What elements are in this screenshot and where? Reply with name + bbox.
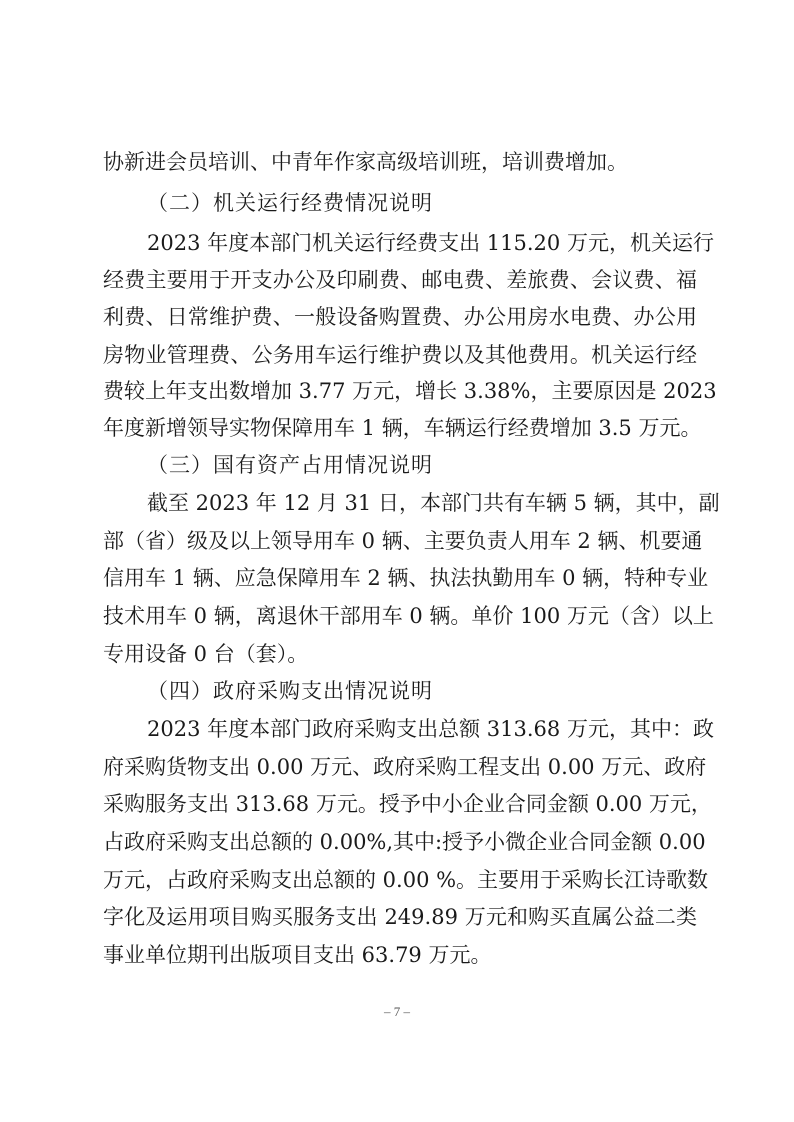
text-line: 信用车 1 辆、应急保障用车 2 辆、执法执勤用车 0 辆，特种专业: [103, 563, 697, 593]
document-page: 协新进会员培训、中青年作家高级培训班，培训费增加。 （二）机关运行经费情况说明 …: [0, 0, 794, 1122]
text-line: 年度新增领导实物保障用车 1 辆，车辆运行经费增加 3.5 万元。: [103, 413, 697, 443]
section-heading-operating-expenses: （二）机关运行经费情况说明: [147, 188, 433, 218]
text-line: 经费主要用于开支办公及印刷费、邮电费、差旅费、会议费、福: [103, 265, 697, 295]
text-line: 字化及运用项目购买服务支出 249.89 万元和购买直属公益二类: [103, 902, 697, 932]
text-line: 截至 2023 年 12 月 31 日，本部门共有车辆 5 辆，其中，副: [147, 488, 697, 518]
text-line: 利费、日常维护费、一般设备购置费、办公用房水电费、办公用: [103, 302, 697, 332]
text-line: 专用设备 0 台（套）。: [103, 639, 697, 669]
text-line: 部（省）级及以上领导用车 0 辆、主要负责人用车 2 辆、机要通: [103, 526, 697, 556]
text-line: 万元，占政府采购支出总额的 0.00 %。主要用于采购长江诗歌数: [103, 865, 697, 895]
page-number: – 7 –: [0, 1004, 794, 1020]
text-line: 房物业管理费、公务用车运行维护费以及其他费用。机关运行经: [103, 340, 697, 370]
text-line: 占政府采购支出总额的 0.00%,其中:授予小微企业合同金额 0.00: [103, 827, 697, 857]
text-line: 协新进会员培训、中青年作家高级培训班，培训费增加。: [103, 147, 697, 177]
section-heading-state-assets: （三）国有资产占用情况说明: [147, 450, 433, 480]
text-line: 事业单位期刊出版项目支出 63.79 万元。: [103, 940, 697, 970]
text-line: 府采购货物支出 0.00 万元、政府采购工程支出 0.00 万元、政府: [103, 752, 697, 782]
text-line: 2023 年度本部门政府采购支出总额 313.68 万元，其中：政: [147, 714, 697, 744]
text-line: 2023 年度本部门机关运行经费支出 115.20 万元，机关运行: [147, 228, 697, 258]
text-line: 技术用车 0 辆，离退休干部用车 0 辆。单价 100 万元（含）以上: [103, 601, 697, 631]
section-heading-government-procurement: （四）政府采购支出情况说明: [147, 676, 433, 706]
text-line: 采购服务支出 313.68 万元。授予中小企业合同金额 0.00 万元，: [103, 789, 697, 819]
text-line: 费较上年支出数增加 3.77 万元，增长 3.38%，主要原因是 2023: [103, 376, 697, 406]
